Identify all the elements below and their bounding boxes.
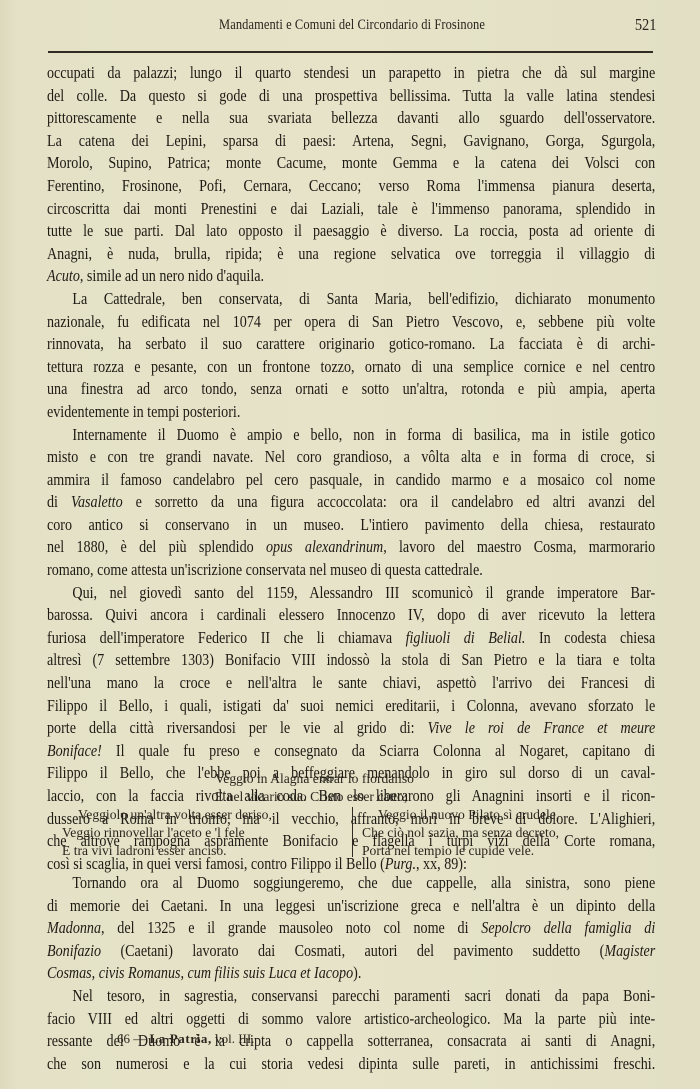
- text-line: Boniface! Il quale fu preso e consegnato…: [47, 740, 655, 763]
- text-line: di memorie dei Caetani. In una leggesi u…: [47, 895, 655, 918]
- text-line: circoscritta dai monti Prenestini e dai …: [47, 198, 655, 221]
- text-line: tutte le sue parti. Dal lato opposto il …: [47, 220, 655, 243]
- text-line: Morolo, Supino, Patrica; monte Cacume, m…: [47, 152, 655, 175]
- text-line: Cosmas, civis Romanus, cum filiis suis L…: [47, 962, 655, 985]
- text-fragment: di: [47, 492, 71, 511]
- verse-line-right: Veggio il nuovo Pilato sì crudele,: [378, 807, 559, 824]
- text-fragment: , del 1325 e il grande mausoleo noto col…: [101, 918, 481, 937]
- verse-column-divider: [352, 807, 353, 857]
- verse-line-right: Che ciò nol sazia, ma senza decreto,: [362, 825, 559, 842]
- paragraph-start: Qui, nel giovedì santo del 1159, Alessan…: [47, 582, 655, 605]
- text-fragment: furiosa dell'imperatore Federico II che …: [47, 628, 406, 647]
- text-line: nell'una mano la croce e nell'altra le s…: [47, 672, 655, 695]
- paragraph-start: Tornando ora al Duomo soggiungeremo, che…: [47, 872, 655, 895]
- signature-title: La Patria,: [150, 1031, 212, 1046]
- italic-title: Madonna: [47, 918, 101, 937]
- paragraph-start: Nel tesoro, in sagrestia, conservansi pa…: [47, 985, 655, 1008]
- paragraph-start: La Cattedrale, ben conservata, di Santa …: [47, 288, 655, 311]
- header-rule: [48, 51, 653, 53]
- text-line: barossa. Quivi ancora i cardinali elesse…: [47, 604, 655, 627]
- italic-latin-term: Magister: [604, 941, 655, 960]
- verse-line-left: E tra vivi ladroni esser anciso.: [62, 843, 227, 860]
- italic-title: Bonifazio: [47, 941, 101, 960]
- text-line: una finestra ad arco tondo, senza ornati…: [47, 378, 655, 401]
- text-line: rinnovata, ha serbato il suo carattere o…: [47, 333, 655, 356]
- paragraph-start: Internamente il Duomo è ampio e bello, n…: [47, 424, 655, 447]
- text-line: Madonna, del 1325 e il grande mausoleo n…: [47, 917, 655, 940]
- text-line: Bonifazio (Caetani) lavorato dai Cosmati…: [47, 940, 655, 963]
- text-line: che son numerosi e la cui storia vedesi …: [47, 1053, 655, 1076]
- italic-name: Vasaletto: [71, 492, 123, 511]
- italic-latin-inscription: Cosmas, civis Romanus, cum filiis suis L…: [47, 963, 353, 982]
- verse-line: Veggio in Alagna entrar lo fiordaliso: [215, 771, 414, 788]
- text-line: furiosa dell'imperatore Federico II che …: [47, 627, 655, 650]
- text-line: Acuto, simile ad un nero nido d'aquila.: [47, 265, 655, 288]
- main-text: occupati da palazzi; lungo il quarto ste…: [47, 62, 655, 875]
- text-line: occupati da palazzi; lungo il quarto ste…: [47, 62, 655, 85]
- text-fragment: Il quale fu preso e consegnato da Sciarr…: [102, 741, 655, 760]
- text-line: Filippo il Bello, i quali, istigati da' …: [47, 695, 655, 718]
- verse-line-right: Porta nel tempio le cupide vele.: [362, 843, 534, 860]
- signature-number: 66 —: [117, 1031, 146, 1046]
- running-title: Mandamenti e Comuni del Circondario di F…: [91, 17, 614, 34]
- italic-quote: Boniface!: [47, 741, 102, 760]
- page-number: 521: [634, 15, 656, 35]
- text-line: La catena dei Lepini, sparsa di paesi: A…: [47, 130, 655, 153]
- running-head: Mandamenti e Comuni del Circondario di F…: [48, 17, 656, 39]
- printer-signature: 66 — La Patria, vol. III.: [117, 1031, 254, 1047]
- text-line: romano, come attesta un'iscrizione conse…: [47, 559, 655, 582]
- text-line: misto e con tre grandi navate. Nel coro …: [47, 446, 655, 469]
- italic-quote: Vive le roi de France et meure: [428, 718, 656, 737]
- italic-title: Sepolcro della famiglia di: [481, 918, 655, 937]
- text-line: di Vasaletto e sorretto da una figura ac…: [47, 491, 655, 514]
- book-page: Mandamenti e Comuni del Circondario di F…: [0, 0, 700, 1089]
- text-line: nazionale, fu edificata nel 1074 per ope…: [47, 311, 655, 334]
- text-fragment: In codesta chiesa: [525, 628, 655, 647]
- text-line: Anagni, è nuda, brulla, ripida; è una re…: [47, 243, 655, 266]
- text-fragment: nel 1880, è del più splendido: [47, 537, 266, 556]
- italic-quote: figliuoli di Belial.: [406, 628, 526, 647]
- italic-latin-term: opus alexandrinum: [266, 537, 383, 556]
- text-line: coro antico si conservano in un museo. L…: [47, 514, 655, 537]
- text-line: pittorescamente e nella sua svariata bel…: [47, 107, 655, 130]
- text-fragment: ).: [353, 963, 361, 982]
- text-fragment: , lavoro del maestro Cosma, marmorario: [383, 537, 655, 556]
- text-line: tettura rozza e pesante, con un frontone…: [47, 356, 655, 379]
- text-fragment: porte della città riversandosi per le vi…: [47, 718, 428, 737]
- text-line: facio VIII ed altri oggetti di sommo val…: [47, 1008, 655, 1031]
- italic-place-name: Acuto: [47, 266, 80, 285]
- text-fragment: , simile ad un nero nido d'aquila.: [80, 266, 264, 285]
- text-fragment: (Caetani) lavorato dai Cosmati, autori d…: [101, 941, 604, 960]
- text-fragment: e sorretto da una figura accoccolata: or…: [123, 492, 656, 511]
- verse-line-left: Veggiolo un'altra volta esser deriso,: [78, 807, 272, 824]
- verse-line: E nel vicario suo Cristo esser catto;: [215, 789, 408, 806]
- signature-volume: vol. III.: [215, 1031, 254, 1046]
- text-line: del colle. Da questo si gode di una pros…: [47, 85, 655, 108]
- text-line: porte della città riversandosi per le vi…: [47, 717, 655, 740]
- text-line: altresì (7 settembre 1303) Bonifacio VII…: [47, 649, 655, 672]
- text-line: Ferentino, Frosinone, Pofi, Cernara, Cec…: [47, 175, 655, 198]
- text-line: evidentemente in tempi posteriori.: [47, 401, 655, 424]
- text-line: ammira il famoso candelabro pel cero pas…: [47, 469, 655, 492]
- text-line: nel 1880, è del più splendido opus alexa…: [47, 536, 655, 559]
- verse-line-left: Veggio rinnovellar l'aceto e 'l fele: [62, 825, 245, 842]
